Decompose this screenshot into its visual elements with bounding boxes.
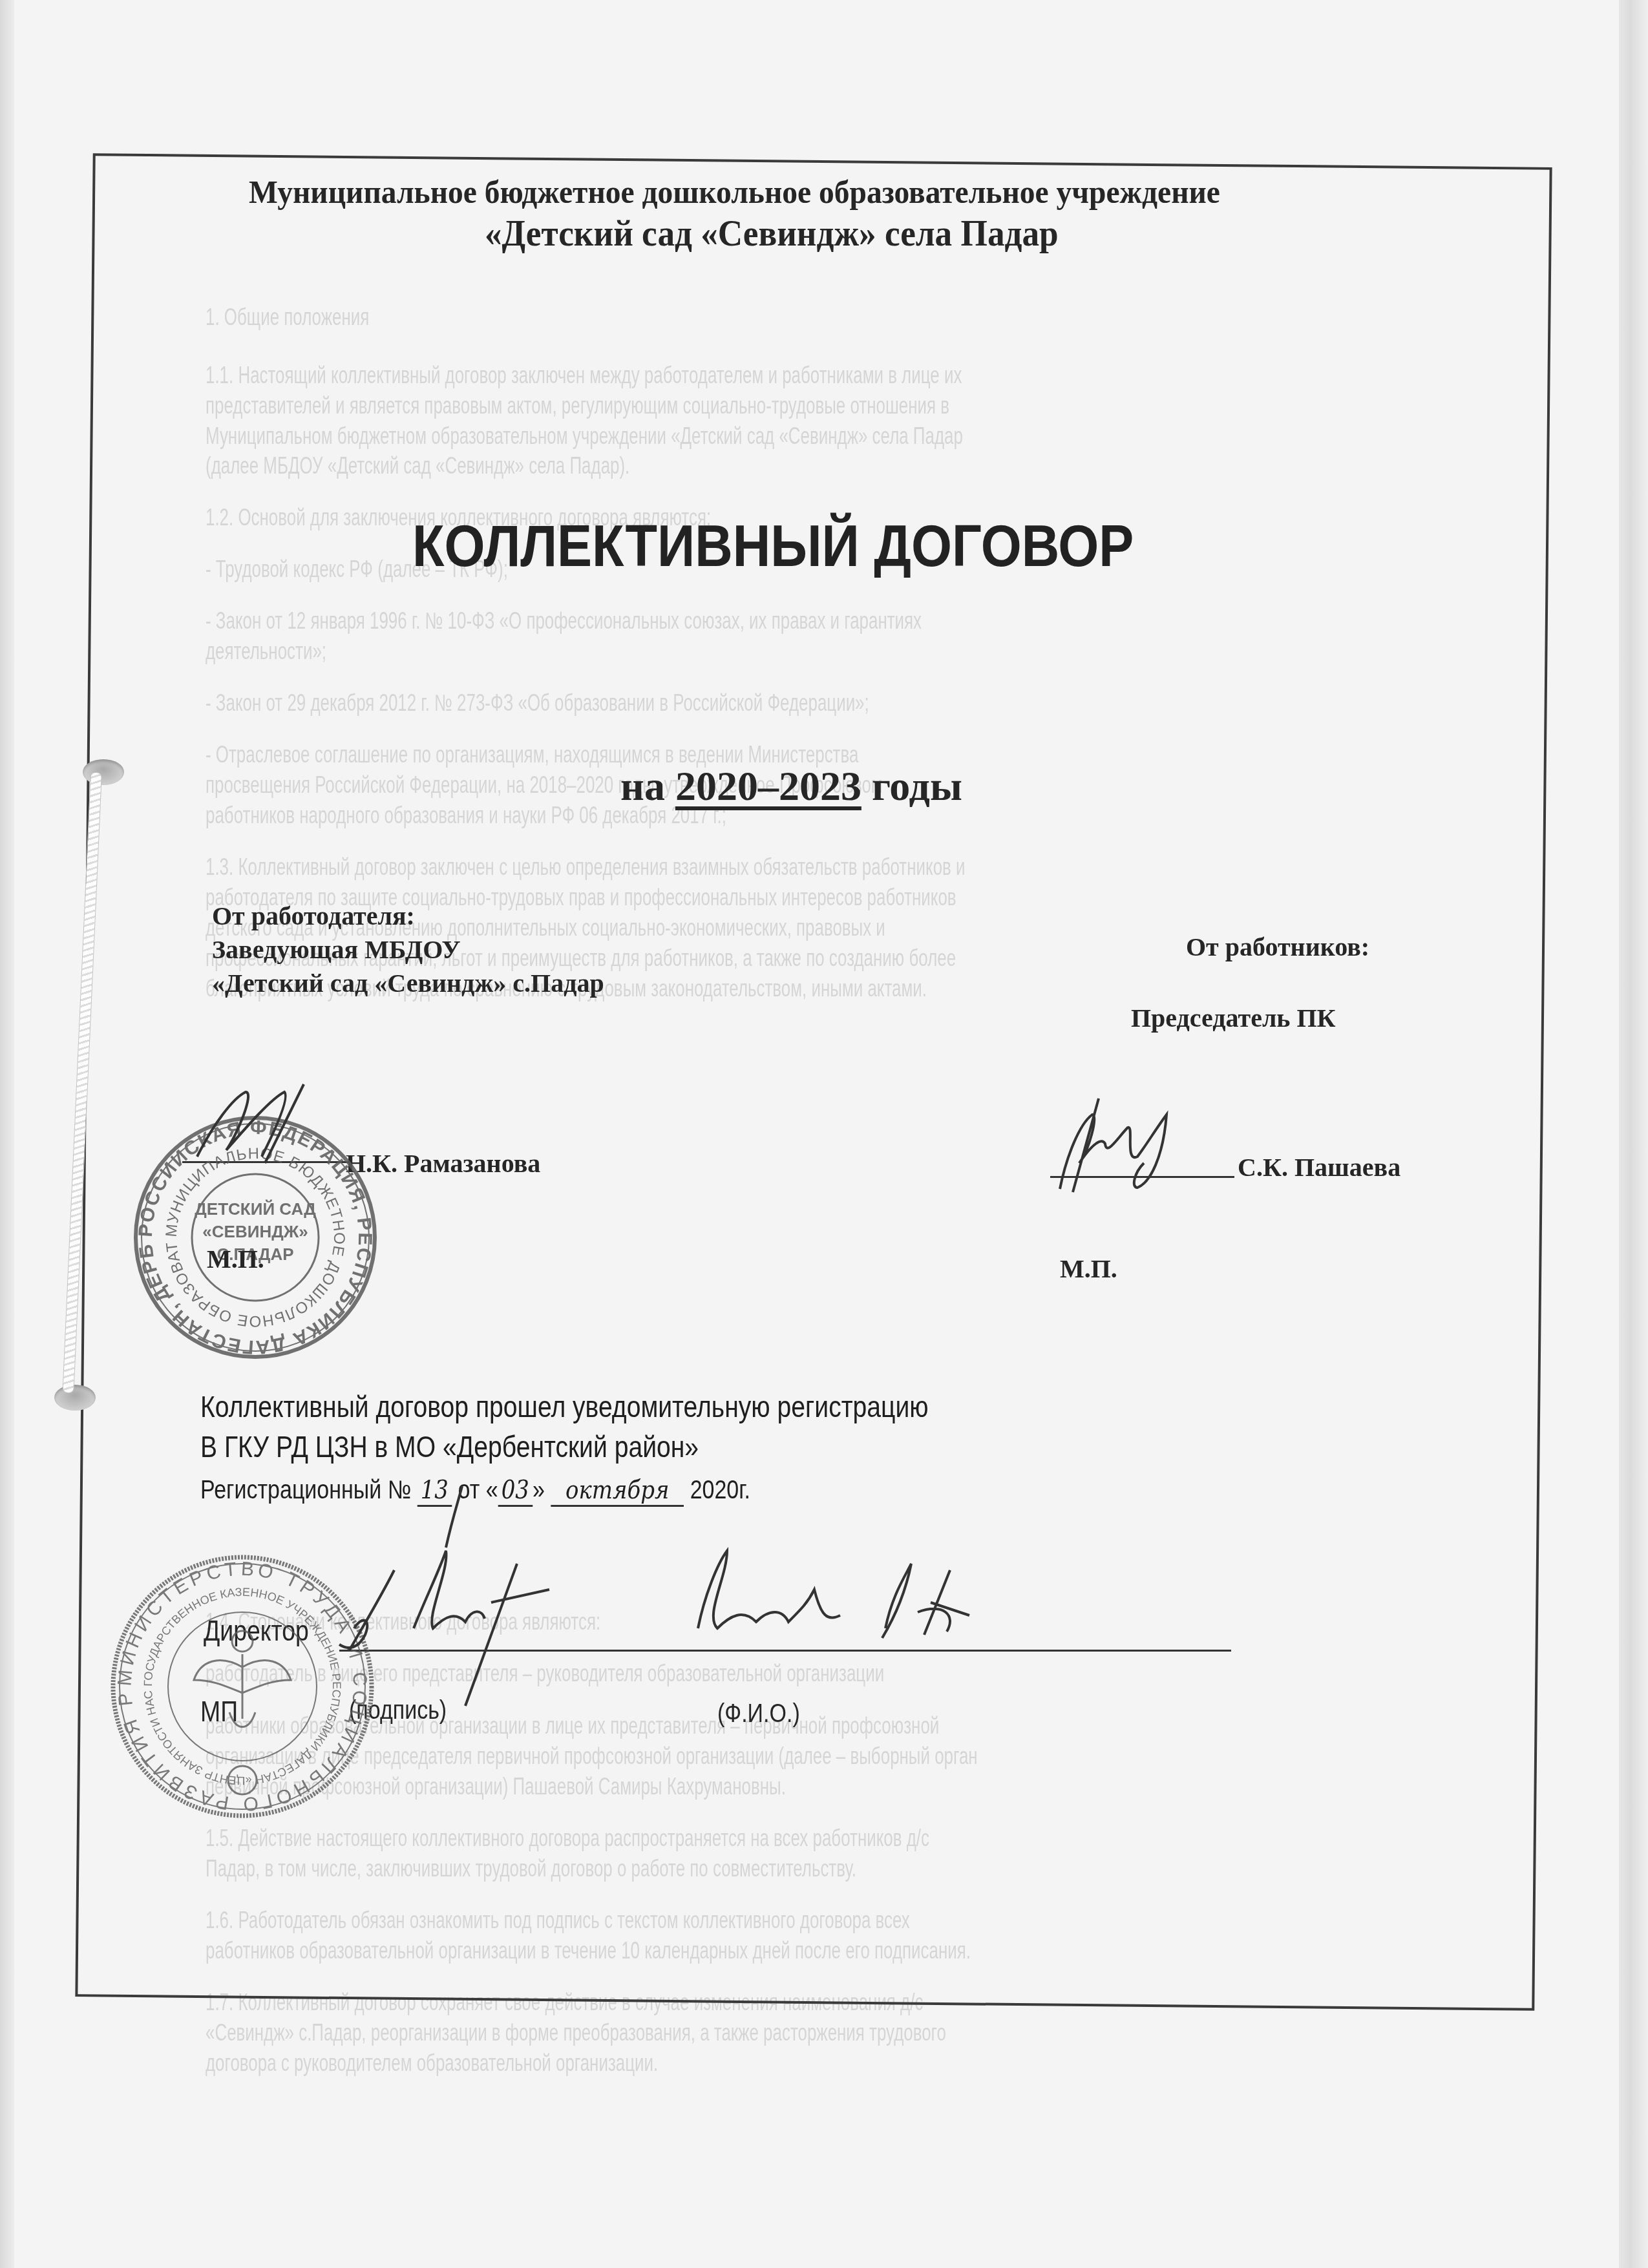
bleed-through-line: «Севиндж» с.Падар, реорганизации в форме…	[206, 2019, 946, 2046]
employees-signatory: С.К. Пашаева	[1238, 1152, 1400, 1182]
registration-month-value: октября	[551, 1475, 684, 1507]
registration-number-line: Регистрационный № 13 от «03» октября 202…	[200, 1475, 750, 1507]
employer-signatory: Н.К. Рамазанова	[346, 1148, 540, 1179]
employer-block: От работодателя: Заведующая МБДОУ «Детск…	[212, 899, 604, 1000]
period-years: 2020–2023	[675, 763, 861, 809]
organization-name-line-2: «Детский сад «Севиндж» села Падар	[485, 213, 1059, 255]
bleed-through-line: договора с руководителем образовательной…	[206, 2050, 658, 2077]
registration-day-close: »	[533, 1476, 545, 1504]
employer-organization: «Детский сад «Севиндж» с.Падар	[212, 967, 604, 1000]
page-edge-left	[0, 0, 14, 2268]
document-period: на 2020–2023 годы	[620, 762, 962, 810]
director-label: Директор	[204, 1615, 309, 1648]
page-edge-right	[1619, 0, 1648, 2268]
employees-heading: От работников:	[1186, 930, 1369, 964]
fio-hint: (Ф.И.О.)	[717, 1699, 800, 1728]
employees-seal-label: М.П.	[1060, 1254, 1117, 1284]
employer-position: Заведующая МБДОУ	[212, 933, 604, 967]
registration-line-2: В ГКУ РД ЦЗН в МО «Дербентский район»	[200, 1429, 699, 1464]
period-suffix: годы	[872, 763, 962, 809]
registration-day-value: 03	[498, 1475, 533, 1507]
registration-line-1: Коллективный договор прошел уведомительн…	[200, 1389, 929, 1424]
registration-year-value: 2020г.	[690, 1476, 750, 1504]
registration-number-value: 13	[417, 1475, 452, 1507]
binding-hole-top	[83, 759, 124, 785]
title-page-frame	[75, 153, 1552, 2011]
organization-name-line-1: Муниципальное бюджетное дошкольное образ…	[249, 173, 1220, 211]
employees-signature-line	[1050, 1176, 1234, 1178]
registration-date-label: от «	[458, 1476, 498, 1504]
employees-position: Председатель ПК	[1131, 1002, 1336, 1035]
employer-signature-line	[182, 1161, 350, 1163]
employer-heading: От работодателя:	[212, 899, 604, 933]
registration-number-label: Регистрационный №	[200, 1476, 411, 1504]
employer-seal-label: М.П.	[207, 1244, 264, 1274]
registrar-seal-label: МП	[200, 1696, 238, 1728]
document-title: КОЛЛЕКТИВНЫЙ ДОГОВОР	[412, 514, 1134, 580]
signature-hint: (подпись)	[349, 1696, 447, 1725]
period-prefix: на	[620, 763, 665, 809]
binding-hole-bottom	[54, 1385, 96, 1411]
director-signature-line	[339, 1650, 1231, 1652]
